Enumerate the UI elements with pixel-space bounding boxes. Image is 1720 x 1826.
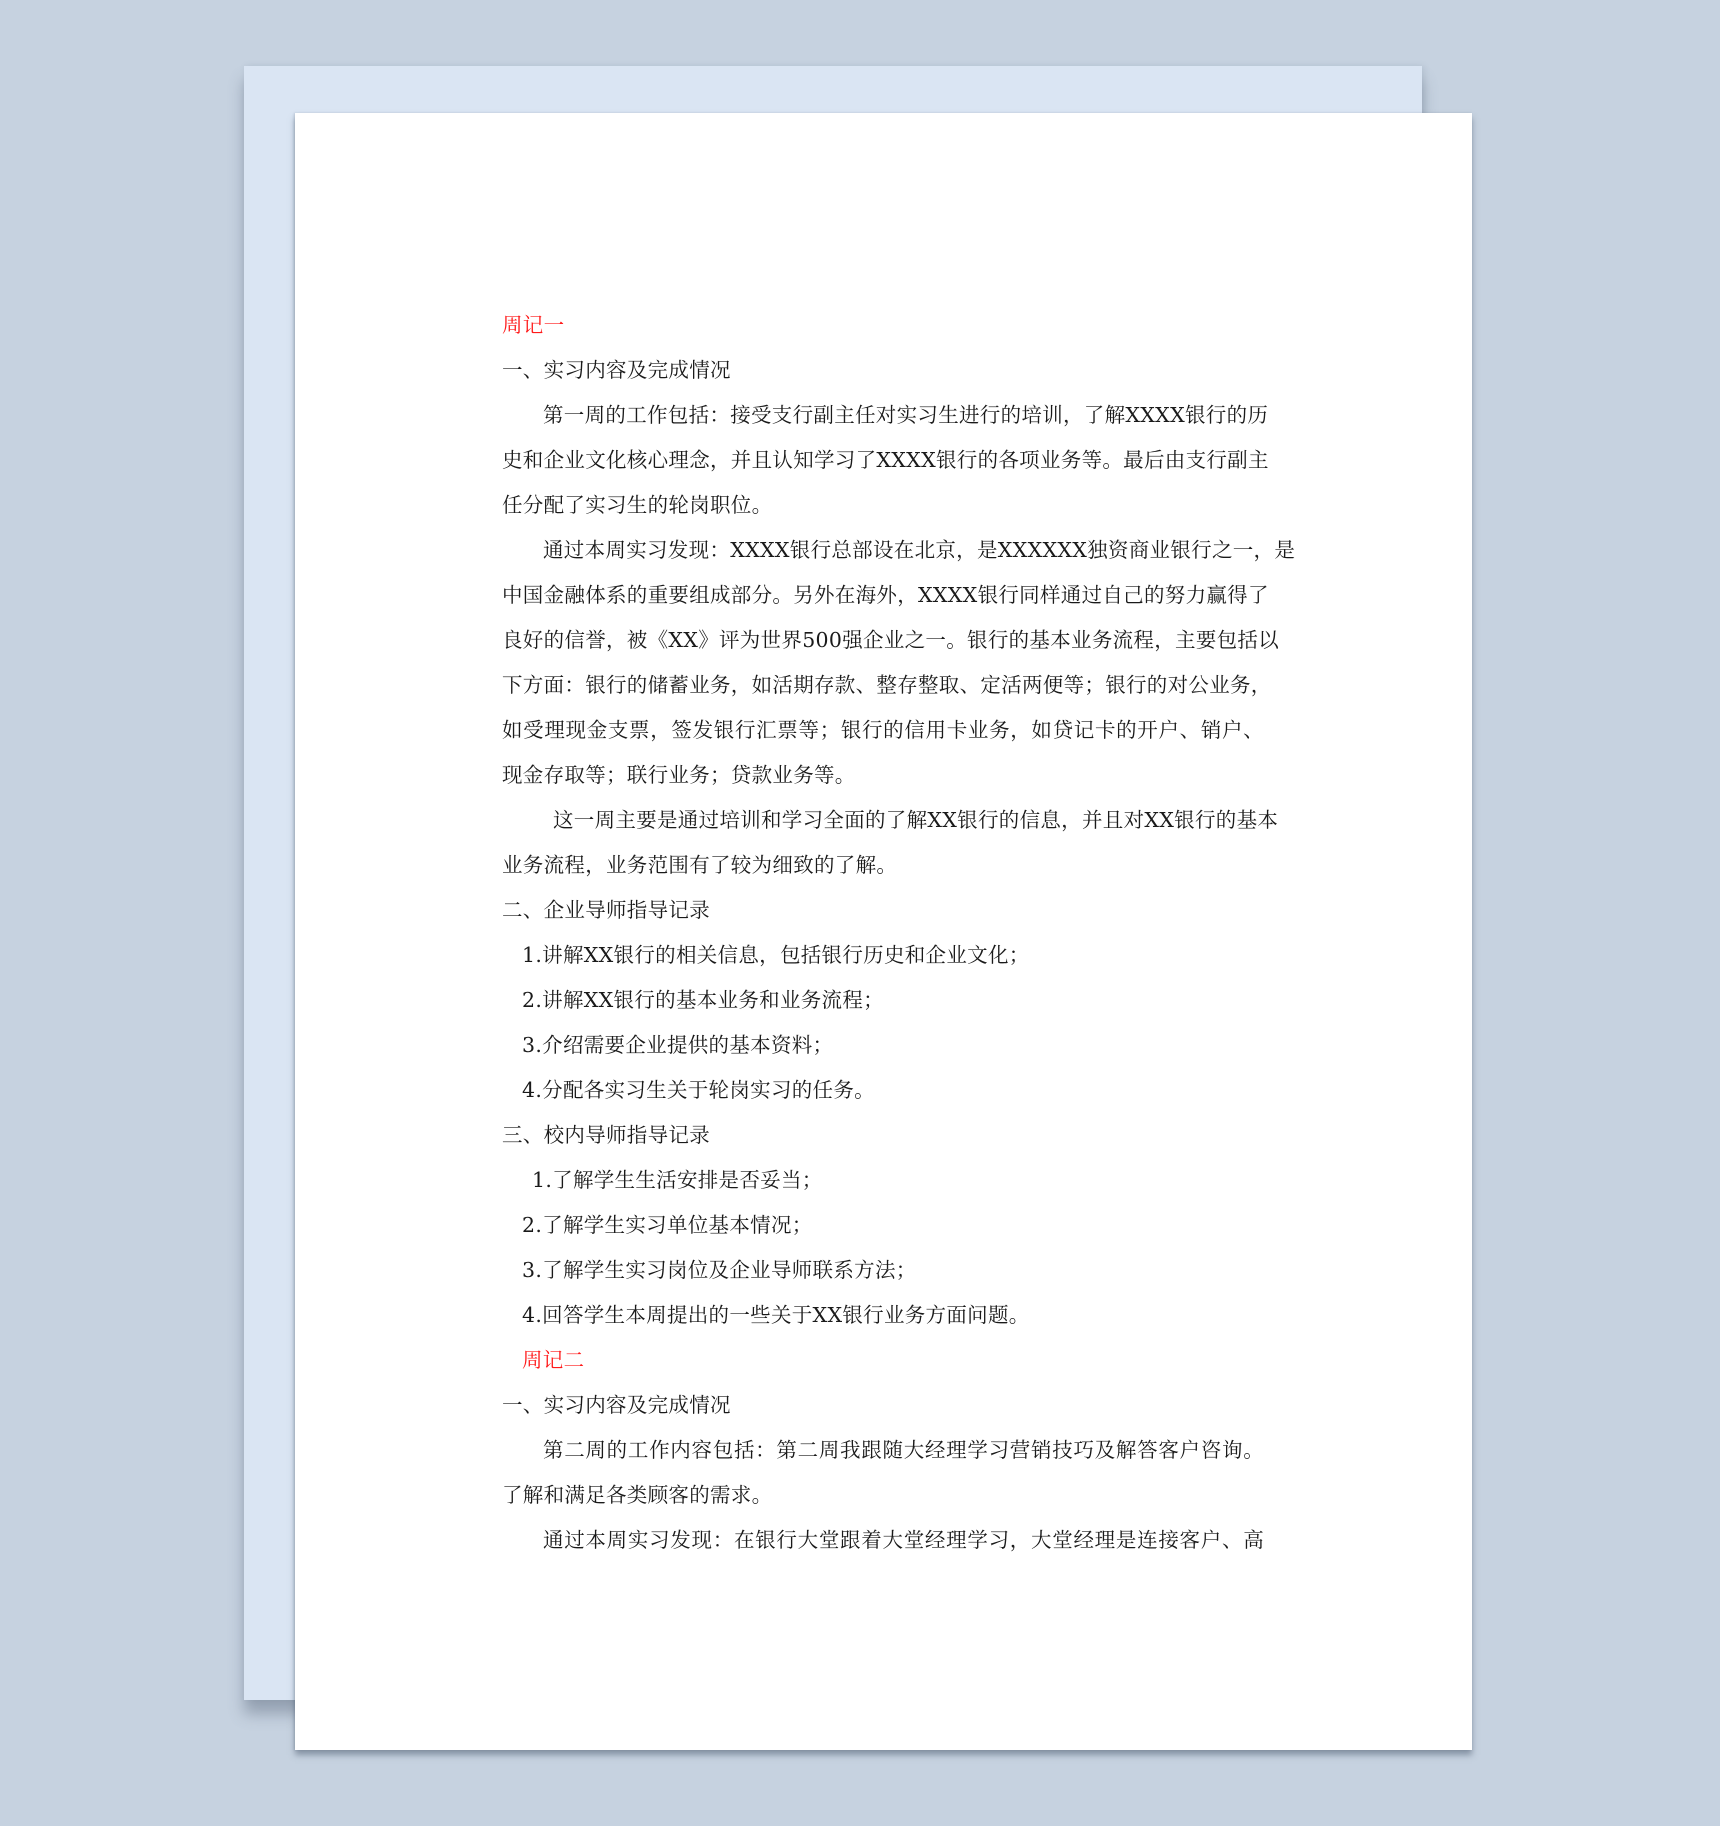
week2-title: 周记二 [502, 1338, 1282, 1383]
week1-para1-line1: 第一周的工作包括：接受支行副主任对实习生进行的培训，了解XXXX银行的历 [502, 393, 1264, 438]
week1-section2-heading: 二、企业导师指导记录 [502, 888, 1282, 933]
week1-para2-line3: 良好的信誉，被《XX》评为世界500强企业之一。银行的基本业务流程，主要包括以 [502, 618, 1264, 663]
week1-section3-item-1: 1.了解学生生活安排是否妥当； [502, 1158, 1282, 1203]
week2-para2-line1: 通过本周实习发现：在银行大堂跟着大堂经理学习，大堂经理是连接客户、高 [502, 1518, 1264, 1563]
week2-para1-line2: 了解和满足各类顾客的需求。 [502, 1473, 1282, 1518]
week1-title: 周记一 [502, 303, 1282, 348]
week1-section3-item-2: 2.了解学生实习单位基本情况； [502, 1203, 1282, 1248]
document-body: 周记一 一、实习内容及完成情况 第一周的工作包括：接受支行副主任对实习生进行的培… [502, 303, 1282, 1563]
week1-para2-line4: 下方面：银行的储蓄业务，如活期存款、整存整取、定活两便等；银行的对公业务， [502, 663, 1264, 708]
week1-para1-line3: 任分配了实习生的轮岗职位。 [502, 483, 1282, 528]
week1-para2-line6: 现金存取等；联行业务；贷款业务等。 [502, 753, 1282, 798]
week1-para2-line1: 通过本周实习发现：XXXX银行总部设在北京，是XXXXXX独资商业银行之一，是 [502, 528, 1264, 573]
week1-section3-heading: 三、校内导师指导记录 [502, 1113, 1282, 1158]
week1-section3-item-3: 3.了解学生实习岗位及企业导师联系方法； [502, 1248, 1282, 1293]
week2-para1-line1: 第二周的工作内容包括：第二周我跟随大经理学习营销技巧及解答客户咨询。 [502, 1428, 1264, 1473]
week2-section1-heading: 一、实习内容及完成情况 [502, 1383, 1282, 1428]
week1-section2-item-2: 2.讲解XX银行的基本业务和业务流程； [502, 978, 1282, 1023]
week1-section2-item-3: 3.介绍需要企业提供的基本资料； [502, 1023, 1282, 1068]
week1-section2-item-4: 4.分配各实习生关于轮岗实习的任务。 [502, 1068, 1282, 1113]
week1-section2-item-1: 1.讲解XX银行的相关信息，包括银行历史和企业文化； [502, 933, 1282, 978]
front-page-sheet: 周记一 一、实习内容及完成情况 第一周的工作包括：接受支行副主任对实习生进行的培… [295, 113, 1472, 1750]
week1-section1-heading: 一、实习内容及完成情况 [502, 348, 1282, 393]
week1-para2-line2: 中国金融体系的重要组成部分。另外在海外，XXXX银行同样通过自己的努力赢得了 [502, 573, 1264, 618]
week1-para2-line5: 如受理现金支票，签发银行汇票等；银行的信用卡业务，如贷记卡的开户、销户、 [502, 708, 1264, 753]
week1-section3-item-4: 4.回答学生本周提出的一些关于XX银行业务方面问题。 [502, 1293, 1282, 1338]
week1-para3-line2: 业务流程，业务范围有了较为细致的了解。 [502, 843, 1282, 888]
week1-para3-line1: 这一周主要是通过培训和学习全面的了解XX银行的信息，并且对XX银行的基本 [502, 798, 1270, 843]
week1-para1-line2: 史和企业文化核心理念，并且认知学习了XXXX银行的各项业务等。最后由支行副主 [502, 438, 1264, 483]
